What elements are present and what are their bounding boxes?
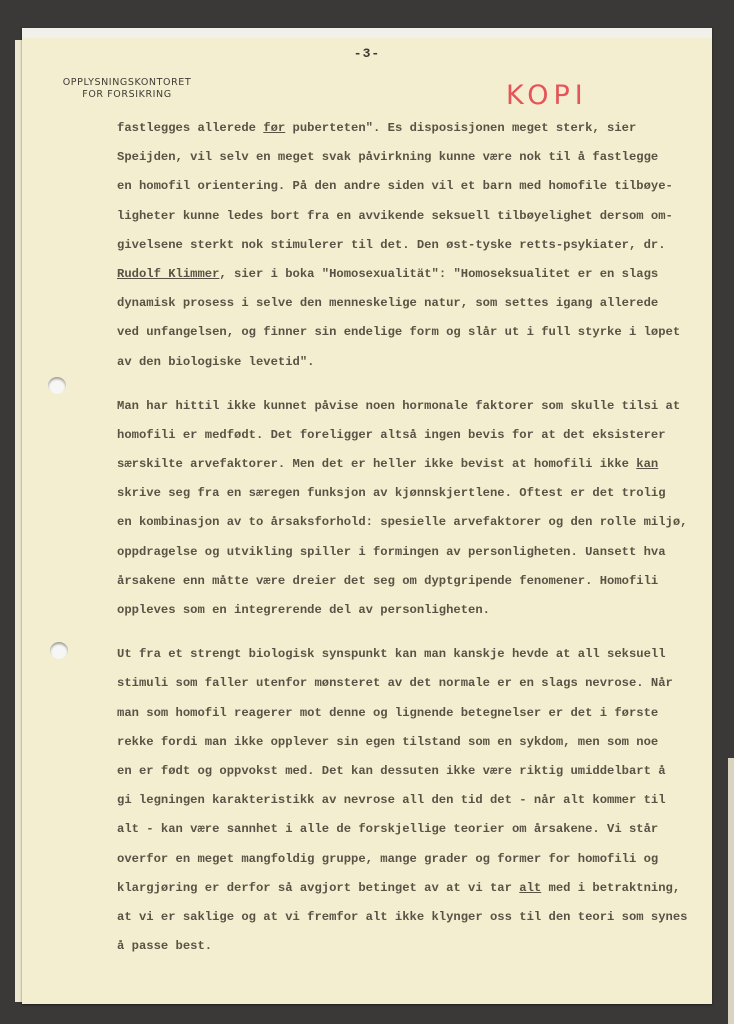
text-line: av den biologiske levetid".	[117, 348, 697, 377]
text-line: dynamisk prosess i selve den menneskelig…	[117, 289, 697, 318]
text-line: Man har hittil ikke kunnet påvise noen h…	[117, 392, 697, 421]
text-line: rekke fordi man ikke opplever sin egen t…	[117, 728, 697, 757]
text-line: overfor en meget mangfoldig gruppe, mang…	[117, 845, 697, 874]
paragraph: fastlegges allerede før puberteten". Es …	[117, 114, 697, 377]
text-line: årsakene enn måtte være dreier det seg o…	[117, 567, 697, 596]
text-line: gi legningen karakteristikk av nevrose a…	[117, 786, 697, 815]
text-line: man som homofil reagerer mot denne og li…	[117, 699, 697, 728]
text-line: oppdragelse og utvikling spiller i formi…	[117, 538, 697, 567]
text-line: fastlegges allerede før puberteten". Es …	[117, 114, 697, 143]
text-line: homofili er medfødt. Det foreligger alts…	[117, 421, 697, 450]
text-line: klargjøring er derfor så avgjort betinge…	[117, 874, 697, 903]
text-line: stimuli som faller utenfor mønsteret av …	[117, 669, 697, 698]
letterhead-line-1: OPPLYSNINGSKONTORET	[47, 77, 207, 89]
underlined-text: kan	[636, 457, 658, 471]
paragraph: Man har hittil ikke kunnet påvise noen h…	[117, 392, 697, 626]
letterhead: OPPLYSNINGSKONTORET FOR FORSIKRING	[47, 77, 207, 101]
text-line: Ut fra et strengt biologisk synspunkt ka…	[117, 640, 697, 669]
underlined-text: alt	[519, 881, 541, 895]
text-line: særskilte arvefaktorer. Men det er helle…	[117, 450, 697, 479]
text-line: at vi er saklige og at vi fremfor alt ik…	[117, 903, 697, 932]
text-line: å passe best.	[117, 932, 697, 961]
background-strip	[728, 758, 734, 1024]
punch-hole-top	[48, 377, 66, 394]
text-line: Rudolf Klimmer, sier i boka "Homosexuali…	[117, 260, 697, 289]
page-number: -3-	[0, 46, 734, 61]
text-line: oppleves som en integrerende del av pers…	[117, 596, 697, 625]
paragraph: Ut fra et strengt biologisk synspunkt ka…	[117, 640, 697, 961]
underlined-text: Rudolf Klimmer	[117, 267, 219, 281]
text-line: en homofil orientering. På den andre sid…	[117, 172, 697, 201]
text-line: ved unfangelsen, og finner sin endelige …	[117, 318, 697, 347]
punch-hole-bottom	[50, 642, 68, 659]
letterhead-line-2: FOR FORSIKRING	[47, 89, 207, 101]
text-line: givelsene sterkt nok stimulerer til det.…	[117, 231, 697, 260]
copy-stamp: KOPI	[506, 80, 588, 111]
text-line: en kombinasjon av to årsaksforhold: spes…	[117, 508, 697, 537]
underlined-text: før	[263, 121, 285, 135]
text-line: skrive seg fra en særegen funksjon av kj…	[117, 479, 697, 508]
text-line: en er født og oppvokst med. Det kan dess…	[117, 757, 697, 786]
text-line: ligheter kunne ledes bort fra en avviken…	[117, 202, 697, 231]
text-line: alt - kan være sannhet i alle de forskje…	[117, 815, 697, 844]
body-text: fastlegges allerede før puberteten". Es …	[117, 114, 697, 961]
text-line: Speijden, vil selv en meget svak påvirkn…	[117, 143, 697, 172]
page-top-edge	[22, 28, 712, 38]
